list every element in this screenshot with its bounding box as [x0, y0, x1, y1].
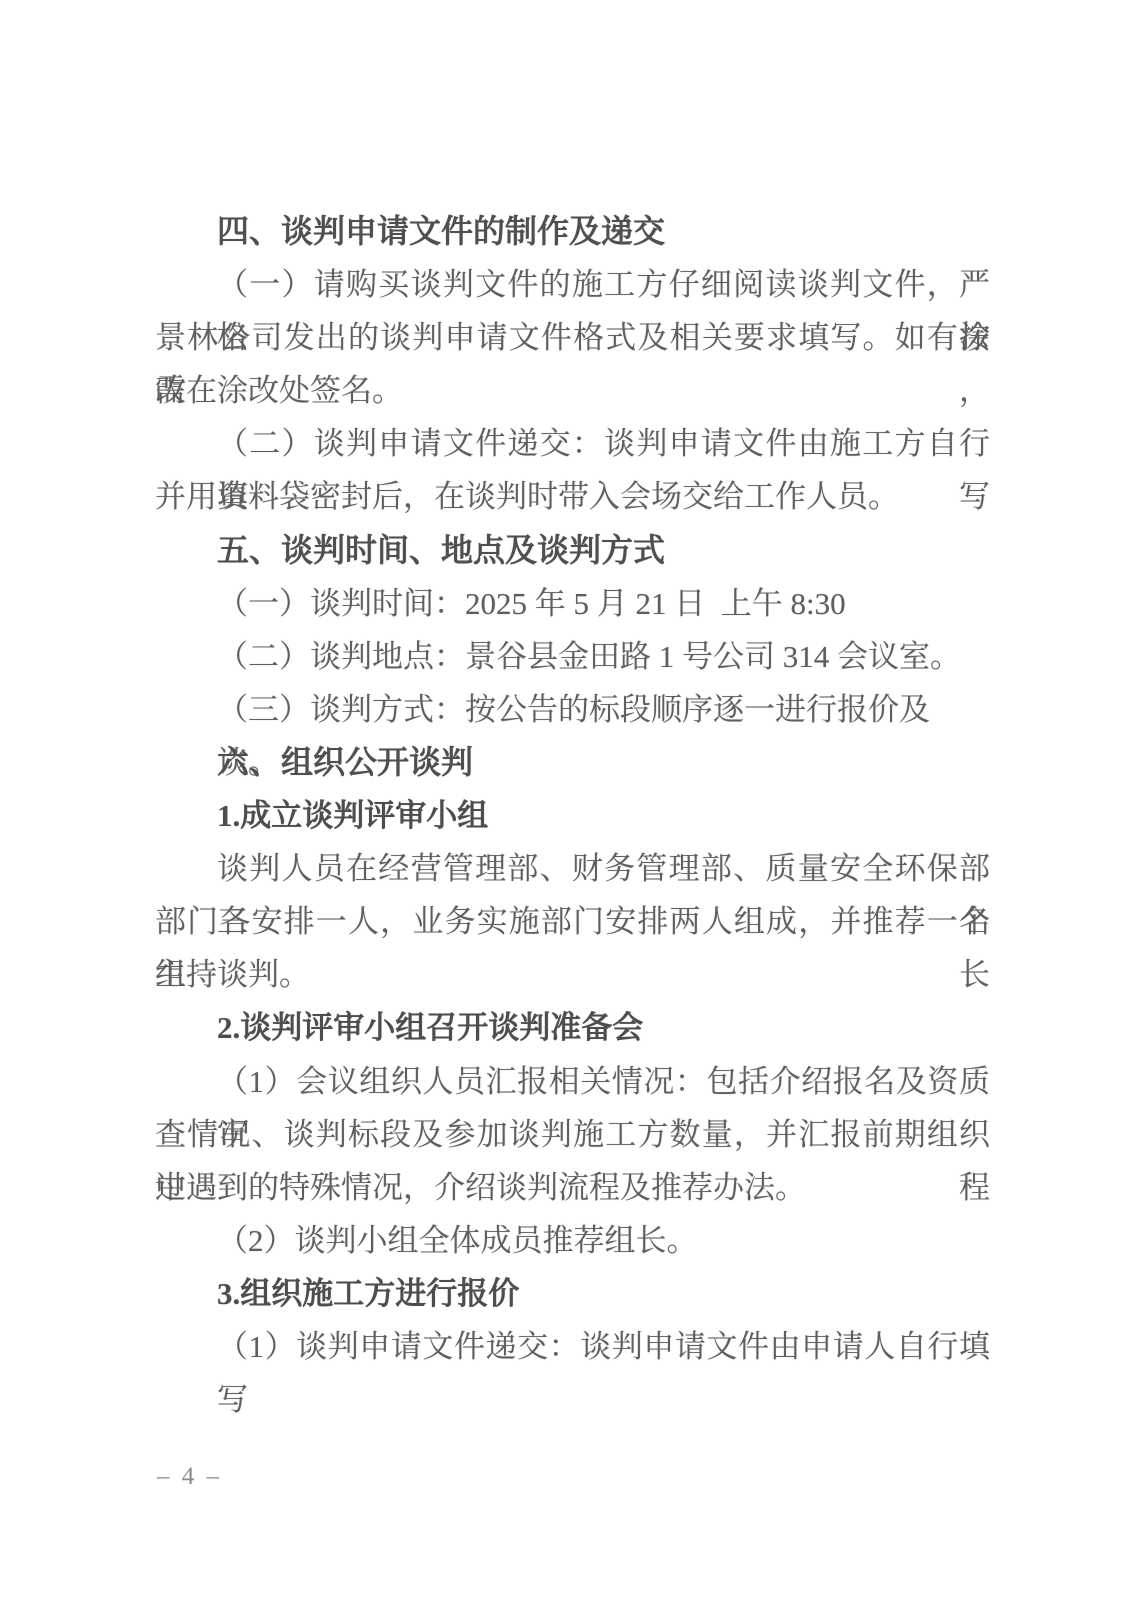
heading-section-four: 四、谈判申请文件的制作及递交 [155, 205, 990, 258]
subheading-1: 1.成立谈判评审小组 [155, 789, 990, 842]
text-line-negotiation-time: （一）谈判时间：2025 年 5 月 21 日 上午 8:30 [155, 577, 990, 630]
document-body: 四、谈判申请文件的制作及递交 （一）请购买谈判文件的施工方仔细阅读谈判文件，严格… [155, 205, 990, 1373]
text-line: 景林公司发出的谈判申请文件格式及相关要求填写。如有涂改， [155, 311, 990, 364]
text-line: 谈判人员在经营管理部、财务管理部、质量安全环保部三个 [155, 842, 990, 895]
text-line-negotiation-location: （二）谈判地点：景谷县金田路 1 号公司 314 会议室。 [155, 630, 990, 683]
text-line: （2）谈判小组全体成员推荐组长。 [155, 1214, 990, 1267]
text-line: 查情况、谈判标段及参加谈判施工方数量，并汇报前期组织过程 [155, 1108, 990, 1161]
text-line: （1）谈判申请文件递交：谈判申请文件由申请人自行填写 [155, 1320, 990, 1373]
text-line-negotiation-method: （三）谈判方式：按公告的标段顺序逐一进行报价及谈。 [155, 683, 990, 736]
heading-section-six: 六、组织公开谈判 [155, 736, 990, 789]
text-line: 并用资料袋密封后，在谈判时带入会场交给工作人员。 [155, 470, 990, 523]
document-page: 四、谈判申请文件的制作及递交 （一）请购买谈判文件的施工方仔细阅读谈判文件，严格… [0, 0, 1130, 1600]
text-line: （1）会议组织人员汇报相关情况：包括介绍报名及资质审 [155, 1055, 990, 1108]
text-line: 部门各安排一人，业务实施部门安排两人组成，并推荐一名组长 [155, 895, 990, 948]
page-number: – 4 – [157, 1462, 222, 1492]
text-line: （二）谈判申请文件递交：谈判申请文件由施工方自行填写 [155, 417, 990, 470]
subheading-2: 2.谈判评审小组召开谈判准备会 [155, 1001, 990, 1054]
text-line: （一）请购买谈判文件的施工方仔细阅读谈判文件，严格按 [155, 258, 990, 311]
subheading-3: 3.组织施工方进行报价 [155, 1267, 990, 1320]
heading-section-five: 五、谈判时间、地点及谈判方式 [155, 524, 990, 577]
